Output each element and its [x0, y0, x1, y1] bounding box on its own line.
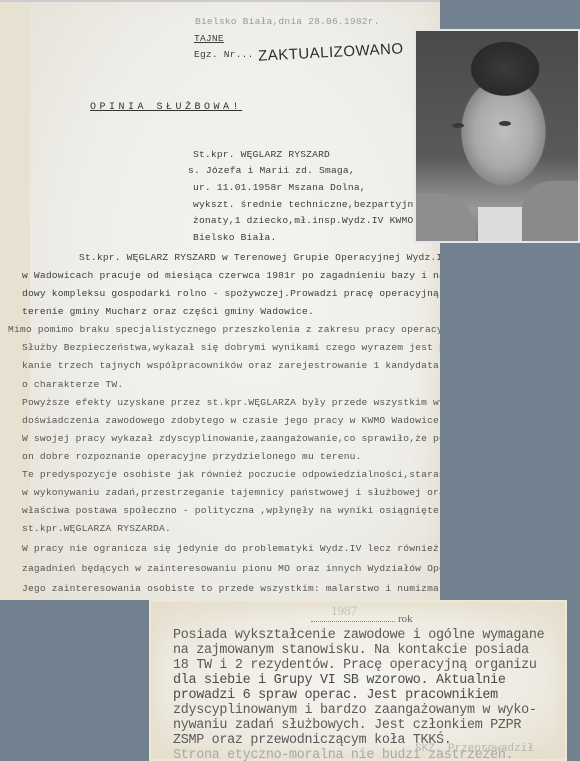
body-line: o charakterze TW. — [22, 379, 123, 390]
eye-right — [499, 121, 511, 126]
eye-left — [452, 123, 464, 128]
body-line: st.kpr.WĘGLARZA RYSZARDA. — [22, 523, 171, 534]
body-line: w Wadowicach pracuje od miesiąca czerwca… — [22, 270, 440, 281]
body-line: kanie trzech tajnych współpracowników or… — [22, 360, 439, 371]
body-line: Mimo pomimo braku specjalistycznego prze… — [8, 324, 440, 335]
subject-line: żonaty,1 dziecko,mł.insp.Wydz.IV KWMO — [193, 215, 413, 226]
shirt-collar — [478, 207, 522, 241]
body-line: dowy kompleksu gospodarki rolno - spożyw… — [22, 288, 440, 299]
body-line: St.kpr. WĘGLARZ RYSZARD w Terenowej Grup… — [79, 252, 440, 263]
card-line: ZSMP oraz przewodniczącym koła TKKŚ. — [173, 733, 452, 748]
body-line: Powyższe efekty uzyskane przez st.kpr.WĘ… — [22, 397, 440, 408]
subject-line: Bielsko Biała. — [193, 232, 276, 243]
card-line: na zajmowanym stanowisku. Na kontakcie p… — [173, 643, 529, 658]
body-line: Jego zainteresowania osobiste to przede … — [22, 583, 440, 594]
card-line: dla siebie i Grupy VI SB wzorowo. Aktual… — [173, 673, 506, 688]
body-line: W swojej pracy wykazał zdyscyplinowanie,… — [22, 433, 440, 444]
body-line: Te predyspozycje osobiste jak również po… — [22, 469, 440, 480]
copy-number: Egz. Nr... — [194, 49, 254, 60]
place-date: Bielsko Biała,dnia 28.06.1982r. — [195, 16, 380, 27]
card-line: Posiada wykształcenie zawodowe i ogólne … — [173, 628, 544, 643]
card-line: 18 TW i 2 rezydentów. Pracę operacyjną o… — [173, 658, 537, 673]
year-dotted-line — [311, 621, 395, 622]
card-line: prowadzi 6 spraw operac. Jest pracowniki… — [173, 688, 498, 703]
card-year: 1987 — [331, 603, 357, 619]
uniform-shoulder-left — [416, 193, 476, 241]
document-title: OPINIA SŁUŻBOWA! — [90, 102, 242, 113]
subject-line: ur. 11.01.1958r Mszana Dolna, — [193, 182, 366, 193]
subject-line: s. Józefa i Marii zd. Smaga, — [188, 165, 355, 176]
service-opinion-document: Bielsko Biała,dnia 28.06.1982r. TAJNE Eg… — [0, 0, 440, 600]
body-line: terenie gminy Mucharz oraz części gminy … — [22, 306, 314, 317]
body-line: właściwa postawa społeczno - polityczna … — [22, 505, 440, 516]
card-line: zdyscyplinowanym i bardzo zaangażowanym … — [173, 703, 537, 718]
subject-line: wykszt. średnie techniczne,bezpartyjny, — [193, 199, 425, 210]
signature-fragment: SKZ. Przeprowadził — [415, 743, 534, 755]
portrait-photo — [414, 29, 580, 243]
subject-line: St.kpr. WĘGLARZ RYSZARD — [193, 149, 330, 160]
evaluation-card-1987: 1987 rok Posiada wykształcenie zawodowe … — [149, 600, 567, 761]
rok-label: rok — [398, 613, 413, 625]
body-line: zagadnień będących w zainteresowaniu pio… — [22, 563, 440, 574]
classification-label: TAJNE — [194, 33, 224, 44]
body-line: W pracy nie ogranicza się jedynie do pro… — [22, 543, 440, 554]
body-line: doświadczenia zawodowego zdobytego w cza… — [22, 415, 440, 426]
body-line: on dobre rozpoznanie operacyjne przydzie… — [22, 451, 362, 462]
uniform-shoulder-right — [522, 181, 578, 241]
body-line: Służby Bezpieczeństwa,wykazał się dobrym… — [22, 342, 440, 353]
body-line: w wykonywaniu zadań,przestrzeganie tajem… — [22, 487, 440, 498]
card-line: nywaniu zadań służbowych. Jest członkiem… — [173, 718, 521, 733]
